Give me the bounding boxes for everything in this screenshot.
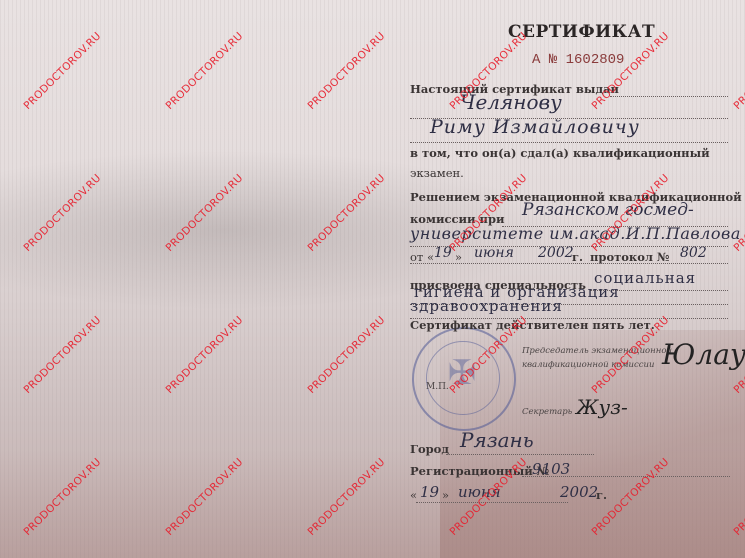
validity-text: Сертификат действителен пять лет. [410,318,655,332]
recipient-surname: Челянову [460,90,562,114]
dotted-line [416,502,568,503]
protocol-label: протокол № [590,250,670,264]
certificate-number: А № 1602809 [532,52,624,68]
issue-day: 19 [420,483,439,501]
number-value: 1602809 [566,52,625,68]
specialty-line-3: здравоохранения [410,297,563,315]
chairman-label-line-1: Председатель экзаменационной [522,346,672,356]
certificate-title: СЕРТИФИКАТ [508,22,655,42]
city-label: Город [410,442,449,456]
decision-month: июня [474,245,514,261]
secretary-signature: Жуз- [576,395,628,419]
issue-year: 2002 [560,483,598,501]
dotted-line [410,142,728,143]
institution-line-1: Рязанском госмед- [522,200,694,220]
city-value: Рязань [460,428,534,452]
chairman-label-line-2: квалификационной комиссии [522,360,654,370]
decision-year: 2002 [538,245,574,261]
secretary-label: Секретарь [522,407,572,417]
protocol-number: 802 [680,245,707,261]
chairman-signature: Юлау [662,338,745,371]
dotted-line [610,96,728,97]
exam-text-line-1: в том, что он(а) сдал(а) квалификационны… [410,146,710,160]
series-prefix: А [532,52,540,68]
date-from-label: от « [410,250,434,264]
recipient-name: Риму Измайловичу [430,116,640,138]
number-sign: № [549,52,557,68]
year-suffix: г. [572,250,583,264]
exam-text-line-2: экзамен. [410,166,464,180]
issue-date-open-quote: « [410,488,417,502]
dotted-line [410,263,728,264]
stamp-mark: М.П. [426,382,449,392]
dotted-line [446,454,594,455]
issue-year-suffix: г. [596,488,607,502]
registration-number: 9103 [532,460,570,478]
issue-date-close-quote: » [442,488,449,502]
